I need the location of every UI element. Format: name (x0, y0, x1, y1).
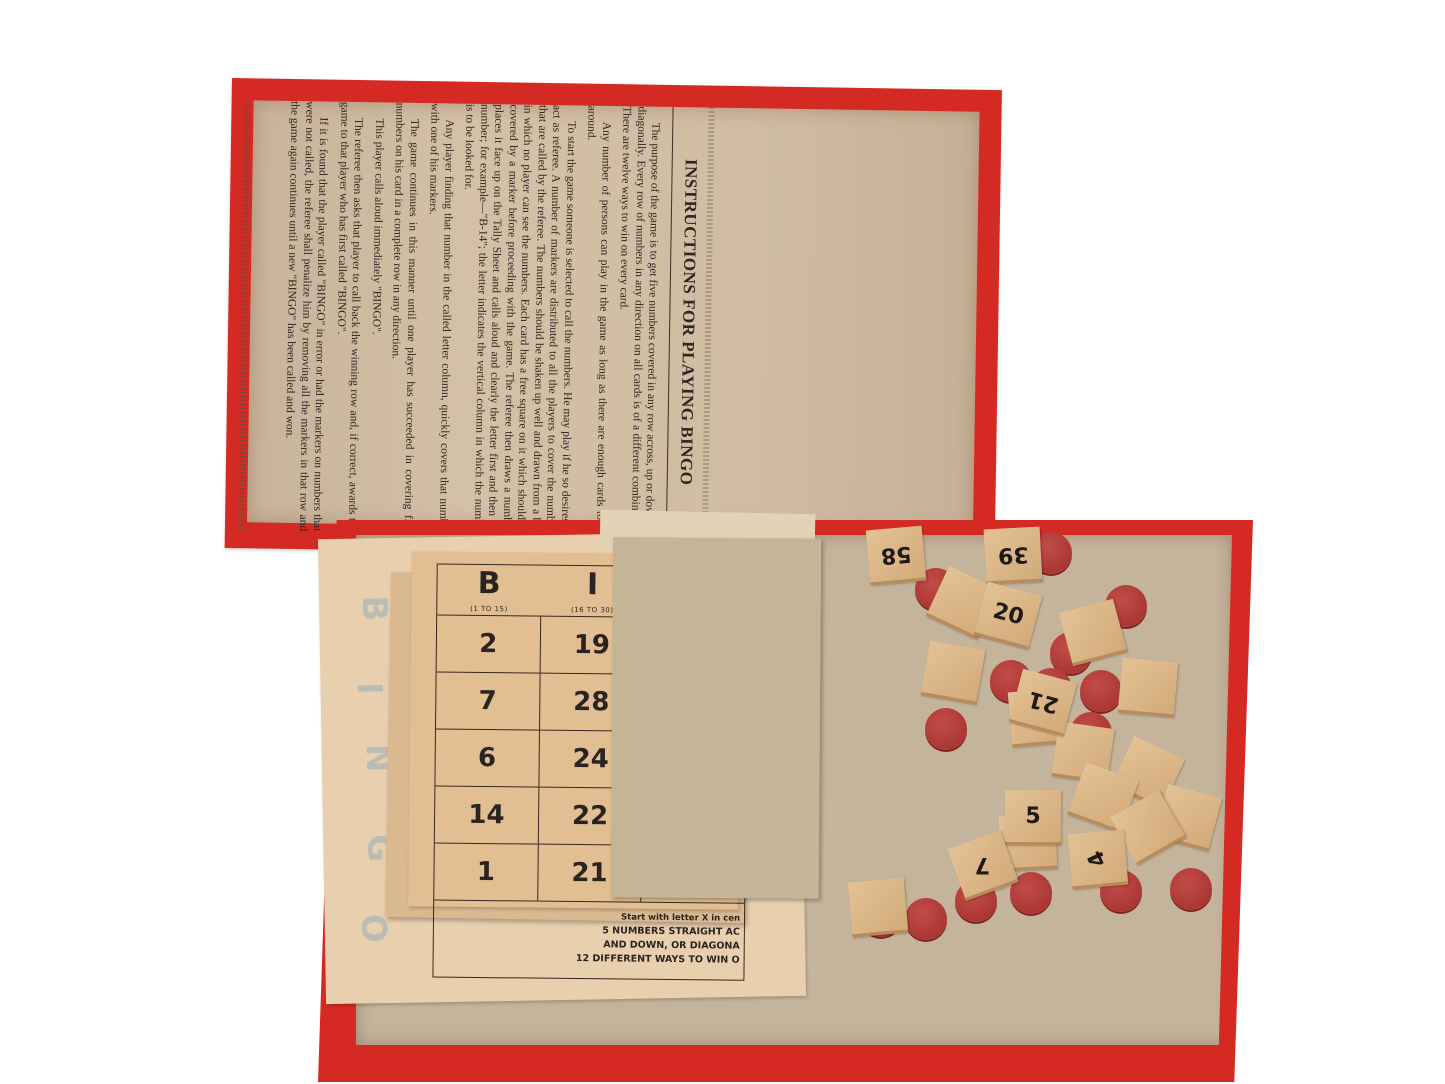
wood-tile-blank (921, 641, 986, 705)
wood-tile-blank (848, 878, 909, 938)
tile-number: 39 (997, 541, 1029, 568)
bingo-cell: 2 (437, 616, 541, 673)
tile-number: 21 (1025, 685, 1061, 717)
box-lid: INSTRUCTIONS FOR PLAYING BINGO The purpo… (225, 78, 1002, 560)
marker-chip (1170, 868, 1212, 910)
header-range: (1 TO 15) (437, 605, 540, 614)
header-letter: B (437, 567, 541, 602)
instructions-paragraph: This player calls aloud immediately "BIN… (365, 102, 386, 532)
number-tile: 58 (866, 526, 927, 586)
decorative-border-top (702, 107, 715, 537)
tile-number: 58 (880, 540, 913, 568)
bingo-header-b: B (1 TO 15) (437, 565, 541, 616)
bingo-cell: 1 (434, 844, 538, 901)
instructions-sheet: INSTRUCTIONS FOR PLAYING BINGO The purpo… (252, 100, 709, 537)
marker-chip (925, 708, 967, 750)
bingo-cell: 14 (435, 787, 539, 844)
instructions-paragraph: To start the game someone is selected to… (456, 104, 579, 536)
instructions-paragraph: The game continues in this manner until … (386, 103, 422, 533)
marker-chip (905, 898, 947, 940)
bingo-cell: 6 (435, 730, 539, 787)
bingo-cell: 7 (436, 673, 540, 730)
tile-number: 7 (975, 852, 990, 877)
number-tile: 5 (1005, 790, 1061, 845)
lid-inner-paper: INSTRUCTIONS FOR PLAYING BINGO The purpo… (247, 100, 980, 533)
number-tile: 39 (984, 527, 1043, 585)
number-tile: 4 (1068, 830, 1129, 890)
ghost-letter: B (354, 595, 394, 622)
tile-number: 20 (990, 598, 1026, 630)
ghost-letter: I (349, 682, 389, 695)
wood-tile-blank (1118, 658, 1179, 718)
blank-cardboard-sheet (611, 537, 822, 898)
tile-number: 4 (1083, 846, 1112, 870)
bingo-card-footer: Start with letter X in cen 5 NUMBERS STR… (433, 901, 744, 980)
instructions-paragraph: The referee then asks that player to cal… (330, 102, 366, 532)
tile-number: 5 (1025, 804, 1040, 829)
instructions-paragraph: Any player finding that number in the ca… (421, 103, 457, 533)
marker-chip (1080, 670, 1122, 712)
instructions-title: INSTRUCTIONS FOR PLAYING BINGO (666, 107, 698, 537)
instructions-text: INSTRUCTIONS FOR PLAYING BINGO The purpo… (275, 101, 699, 537)
instructions-paragraph: If it is found that the player called "B… (281, 101, 331, 532)
ghost-letter: O (353, 914, 393, 944)
instructions-paragraph: Any number of persons can play in the ga… (578, 106, 614, 536)
footer-line: 12 DIFFERENT WAYS TO WIN O (444, 951, 740, 968)
decorative-border-bottom (238, 100, 251, 530)
instructions-paragraph: The purpose of the game is to get five n… (613, 106, 663, 537)
